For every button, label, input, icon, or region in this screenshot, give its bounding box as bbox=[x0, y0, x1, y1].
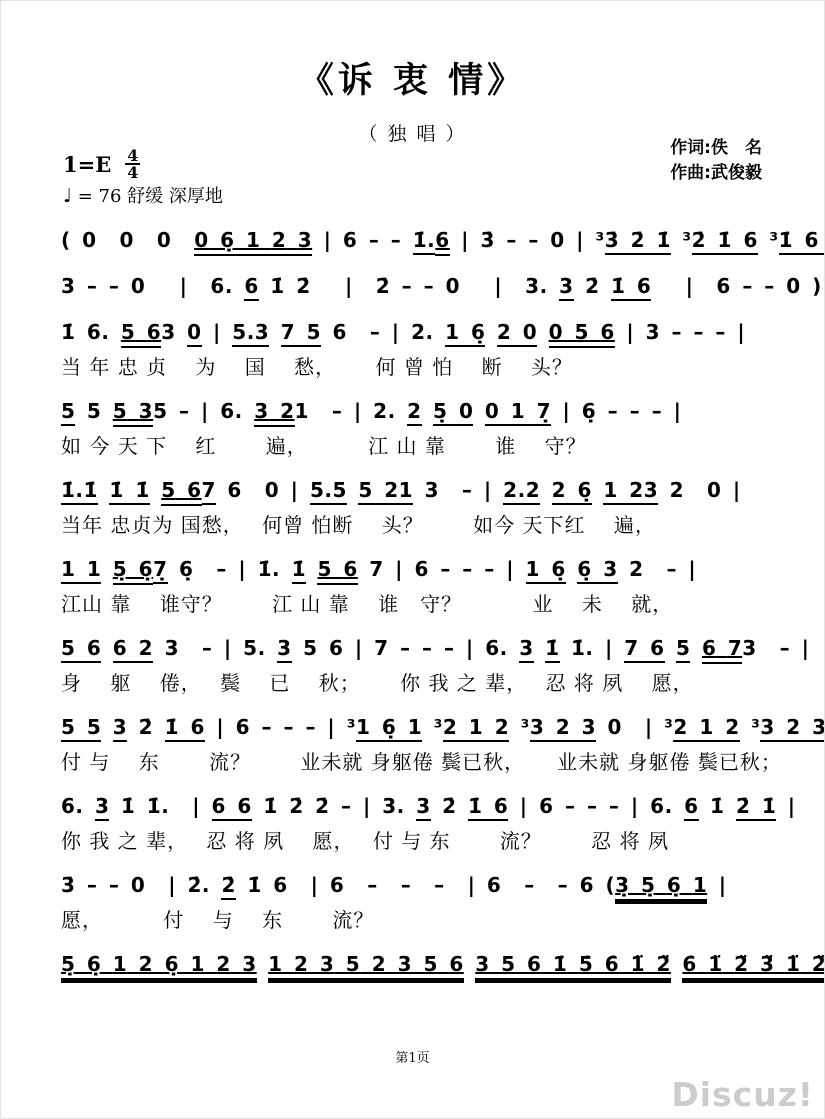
notation-line-6: 1 1 5̣ 6̣7̣ 6̣ – | 1̇. 1̇ 5 6 7 | 6 – – … bbox=[61, 553, 766, 586]
page-number: 第1页 bbox=[1, 1047, 824, 1066]
music-system-5: 1̇.1̇ 1̇ 1̇ 5 67 6 0 | 5.5 5 21 3 – | 2.… bbox=[61, 474, 766, 540]
lyrics-line-3: 当 年 忠 贞 为 国 愁， 何 曾 怕 断 头？ bbox=[61, 352, 766, 382]
tempo-value: = 76 bbox=[78, 186, 122, 207]
lyrics-line-4: 如 今 天 下 红 遍， 江 山 靠 谁 守？ bbox=[61, 431, 766, 461]
credits-block: 作词:佚 名 作曲:武俊毅 bbox=[670, 136, 762, 186]
notation-line-9: 6. 3 1̇ 1̇. | 6 6 1̇ 2̇ 2̇ – | 3. 3 2̇ 1… bbox=[61, 790, 766, 823]
sheet-music-page: 《诉 衷 情》 （ 独 唱 ） 1=E 4 4 ♩ = 76 舒缓 深厚地 作词… bbox=[0, 0, 825, 1119]
time-denominator: 4 bbox=[125, 165, 140, 180]
lyrics-line-6: 江山 靠 谁守？ 江 山 靠 谁 守？ 业 未 就， bbox=[61, 589, 766, 619]
lyrics-line-9: 你 我 之 辈， 忍 将 夙 愿， 付 与 东 流？ 忍 将 夙 bbox=[61, 826, 766, 856]
music-system-6: 1 1 5̣ 6̣7̣ 6̣ – | 1̇. 1̇ 5 6 7 | 6 – – … bbox=[61, 553, 766, 619]
notation-line-11: 5̣ 6̣ 1 2 6̣ 1 2 3 1 2 3 5 2 3 5 6 3 5 6… bbox=[61, 948, 766, 981]
notation-line-10: 3̇ – – 0 | 2̇. 2̇ 1̇ 6 | 6 – – – | 6 – –… bbox=[61, 869, 766, 902]
music-system-2: 3 – – 0 | 6. 6 1̇ 2̇ | 2̇ – – 0 | 3. 3 2… bbox=[61, 270, 766, 303]
time-signature: 4 4 bbox=[125, 148, 140, 180]
music-system-10: 3̇ – – 0 | 2̇. 2̇ 1̇ 6 | 6 – – – | 6 – –… bbox=[61, 869, 766, 935]
lyrics-line-10: 愿， 付 与 东 流？ bbox=[61, 905, 766, 935]
lyrics-line-8: 付 与 东 流？ 业未就 身躯倦 鬓已秋， 业未就 身躯倦 鬓已秋； bbox=[61, 747, 766, 777]
notation-line-5: 1̇.1̇ 1̇ 1̇ 5 67 6 0 | 5.5 5 21 3 – | 2.… bbox=[61, 474, 766, 507]
composer-credit: 作曲:武俊毅 bbox=[670, 161, 762, 186]
music-system-3: 1̇ 6. 5 63 0 | 5.3 7 5 6 – | 2. 1 6̣ 2 0… bbox=[61, 316, 766, 382]
meta-row: 1=E 4 4 ♩ = 76 舒缓 深厚地 作词:佚 名 作曲:武俊毅 bbox=[63, 148, 762, 210]
discuz-watermark: Discuz! bbox=[671, 1075, 814, 1114]
music-system-4: 5 5 5 35 – | 6. 3 21 – | 2. 2 5̣ 0 0 1 7… bbox=[61, 395, 766, 461]
notation-line-4: 5 5 5 35 – | 6. 3 21 – | 2. 2 5̣ 0 0 1 7… bbox=[61, 395, 766, 428]
lyrics-line-7: 身 躯 倦， 鬓 已 秋； 你 我 之 辈， 忍 将 夙 愿， bbox=[61, 668, 766, 698]
music-system-1: ( 0 0 0 0 6̣ 1 2 3 | 6 – – 1̇.6 | 3̇ – –… bbox=[61, 224, 766, 257]
lyrics-line-5: 当年 忠贞为 国愁， 何曾 怕断 头？ 如今 天下红 遍， bbox=[61, 510, 766, 540]
expression-text: 舒缓 深厚地 bbox=[127, 186, 223, 207]
music-systems: ( 0 0 0 0 6̣ 1 2 3 | 6 – – 1̇.6 | 3̇ – –… bbox=[61, 224, 766, 981]
notation-line-7: 5 6 6 2 3 – | 5. 3 5 6 | 7 – – – | 6. 3 … bbox=[61, 632, 766, 665]
notation-line-8: 5 5 3 2̇ 1̇ 6 | 6 – – – | ³1 6̣ 1 ³2 1 2… bbox=[61, 711, 766, 744]
music-system-11: 5̣ 6̣ 1 2 6̣ 1 2 3 1 2 3 5 2 3 5 6 3 5 6… bbox=[61, 948, 766, 981]
notation-line-1: ( 0 0 0 0 6̣ 1 2 3 | 6 – – 1̇.6 | 3̇ – –… bbox=[61, 224, 766, 257]
music-system-8: 5 5 3 2̇ 1̇ 6 | 6 – – – | ³1 6̣ 1 ³2 1 2… bbox=[61, 711, 766, 777]
lyricist-credit: 作词:佚 名 bbox=[670, 136, 762, 161]
music-system-9: 6. 3 1̇ 1̇. | 6 6 1̇ 2̇ 2̇ – | 3. 3 2̇ 1… bbox=[61, 790, 766, 856]
notation-line-3: 1̇ 6. 5 63 0 | 5.3 7 5 6 – | 2. 1 6̣ 2 0… bbox=[61, 316, 766, 349]
song-title: 《诉 衷 情》 bbox=[1, 53, 824, 103]
key-signature: 1=E 4 4 bbox=[63, 148, 223, 180]
quarter-note-icon: ♩ bbox=[63, 185, 72, 207]
notation-line-2: 3 – – 0 | 6. 6 1̇ 2̇ | 2̇ – – 0 | 3. 3 2… bbox=[61, 270, 766, 303]
key-label: 1=E bbox=[63, 152, 111, 177]
key-tempo-block: 1=E 4 4 ♩ = 76 舒缓 深厚地 bbox=[63, 148, 223, 208]
tempo-mark: ♩ = 76 舒缓 深厚地 bbox=[63, 182, 223, 208]
music-system-7: 5 6 6 2 3 – | 5. 3 5 6 | 7 – – – | 6. 3 … bbox=[61, 632, 766, 698]
